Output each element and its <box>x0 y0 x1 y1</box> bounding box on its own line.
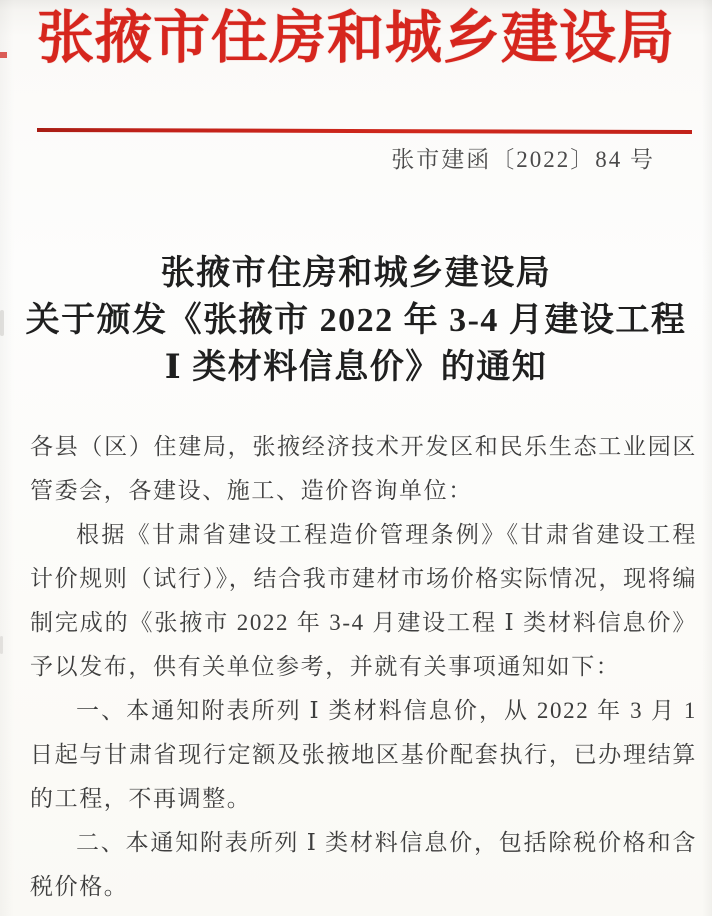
salutation-paragraph: 各县（区）住建局，张掖经济技术开发区和民乐生态工业园区管委会，各建设、施工、造价… <box>30 425 697 513</box>
title-line-3: Ⅰ 类材料信息价》的通知 <box>0 344 712 391</box>
agency-letterhead: 张掖市住房和城乡建设局 张市建函〔2022〕84 号 <box>0 6 712 176</box>
title-line-2: 关于颁发《张掖市 2022 年 3-4 月建设工程 <box>0 297 712 344</box>
scanned-notice-document: 张掖市住房和城乡建设局 张市建函〔2022〕84 号 张掖市住房和城乡建设局 关… <box>0 0 712 916</box>
title-line-1: 张掖市住房和城乡建设局 <box>0 250 712 297</box>
basis-paragraph: 根据《甘肃省建设工程造价管理条例》《甘肃省建设工程计价规则（试行）》，结合我市建… <box>30 513 697 689</box>
agency-name-heading: 张掖市住房和城乡建设局 <box>0 6 712 72</box>
document-number: 张市建函〔2022〕84 号 <box>0 144 712 176</box>
notice-body: 各县（区）住建局，张掖经济技术开发区和民乐生态工业园区管委会，各建设、施工、造价… <box>0 425 712 909</box>
letterhead-red-rule <box>37 128 692 134</box>
item-1-paragraph: 一、本通知附表所列 Ⅰ 类材料信息价，从 2022 年 3 月 1 日起与甘肃省… <box>30 689 697 821</box>
item-2-paragraph: 二、本通知附表所列 Ⅰ 类材料信息价，包括除税价格和含税价格。 <box>30 821 697 909</box>
notice-title: 张掖市住房和城乡建设局 关于颁发《张掖市 2022 年 3-4 月建设工程 Ⅰ … <box>0 250 712 391</box>
